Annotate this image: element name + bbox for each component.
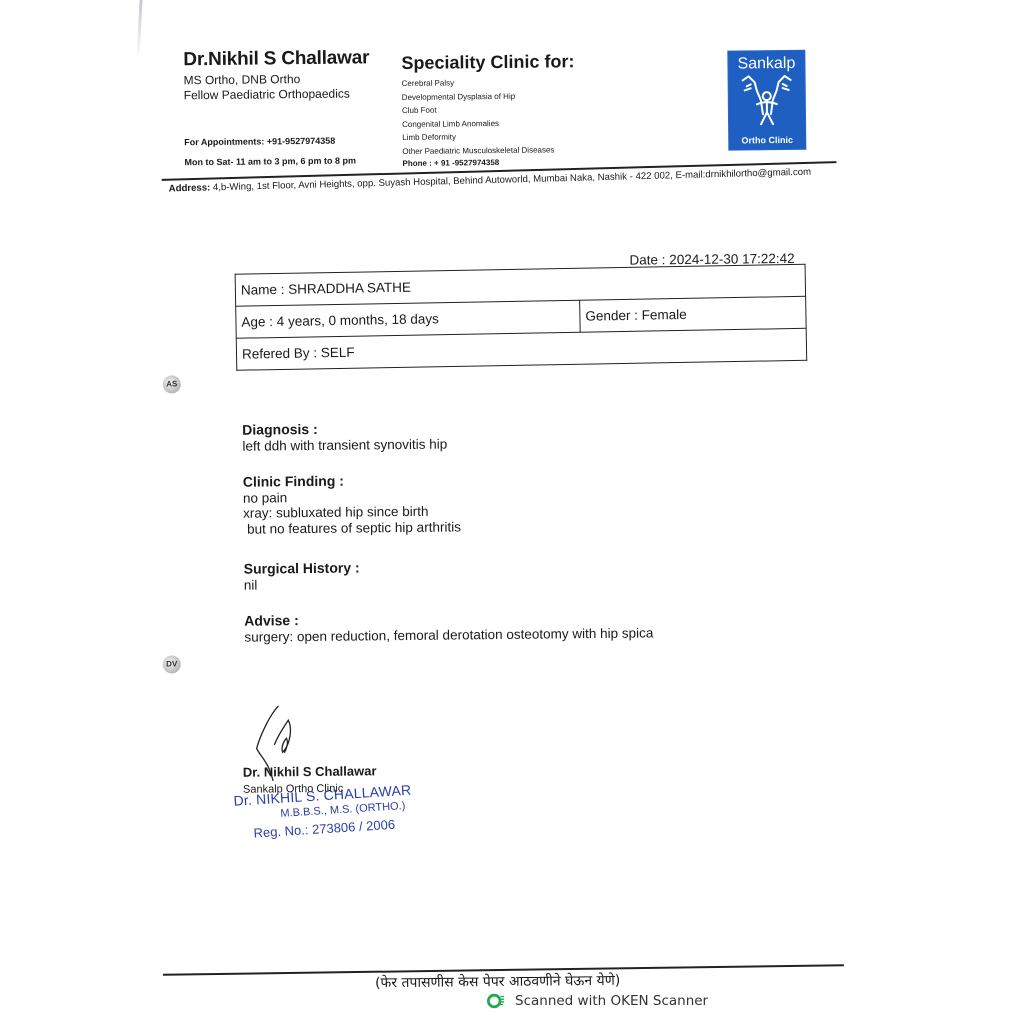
doctor-name: Dr.Nikhil S Challawar bbox=[183, 47, 369, 71]
qualification-line: MS Ortho, DNB Ortho bbox=[184, 72, 350, 89]
section-line: nil bbox=[244, 576, 360, 593]
doctor-qualifications: MS Ortho, DNB Ortho Fellow Paediatric Or… bbox=[184, 72, 350, 104]
clinic-hours: Mon to Sat- 11 am to 3 pm, 6 pm to 8 pm bbox=[184, 155, 356, 167]
speciality-item: Other Paediatric Musculoskeletal Disease… bbox=[402, 143, 554, 158]
patient-gender: Gender : Female bbox=[580, 296, 807, 332]
speciality-title: Speciality Clinic for: bbox=[401, 51, 574, 74]
scan-hole-mark: DV bbox=[163, 655, 181, 673]
signature-doctor-name: Dr. Nikhil S Challawar bbox=[243, 763, 377, 779]
section-line: but no features of septic hip arthritis bbox=[243, 519, 461, 537]
logo-title: Sankalp bbox=[728, 55, 804, 74]
appointment-phone: For Appointments: +91-9527974358 bbox=[184, 136, 335, 148]
scanner-watermark: Scanned with OKEN Scanner bbox=[487, 992, 708, 1010]
footer-note: (फेर तपासणीस केस पेपर आठवणीने घेऊन येणे) bbox=[375, 971, 620, 993]
clinic-phone: Phone : + 91 -9527974358 bbox=[402, 158, 499, 168]
qualification-line: Fellow Paediatric Orthopaedics bbox=[184, 87, 350, 104]
doctor-stamp: Dr. NIKHIL S. CHALLAWAR M.B.B.S., M.S. (… bbox=[233, 782, 414, 842]
section-heading: Surgical History : bbox=[244, 560, 360, 577]
logo-subtitle: Ortho Clinic bbox=[729, 135, 805, 146]
surgical-history-section: Surgical History : nil bbox=[244, 560, 360, 592]
raised-hands-figure-icon bbox=[737, 74, 798, 127]
address-label: Address: bbox=[169, 182, 211, 194]
clinic-logo: Sankalp Ortho Clinic bbox=[728, 51, 805, 150]
section-line: xray: subluxated hip since birth bbox=[243, 503, 461, 521]
section-line: surgery: open reduction, femoral derotat… bbox=[244, 625, 653, 645]
scan-hole-mark: AS bbox=[163, 375, 181, 393]
diagnosis-section: Diagnosis : left ddh with transient syno… bbox=[242, 421, 447, 454]
speciality-list: Cerebral Palsy Developmental Dysplasia o… bbox=[402, 75, 555, 158]
watermark-text: Scanned with OKEN Scanner bbox=[515, 993, 708, 1009]
scanner-logo-icon bbox=[487, 992, 505, 1010]
section-line: left ddh with transient synovitis hip bbox=[242, 436, 447, 454]
clinic-finding-section: Clinic Finding : no pain xray: subluxate… bbox=[243, 472, 461, 536]
patient-info-table: Name : SHRADDHA SATHE Age : 4 years, 0 m… bbox=[235, 264, 808, 371]
advise-section: Advise : surgery: open reduction, femora… bbox=[244, 609, 653, 644]
prescription-document: Dr.Nikhil S Challawar MS Ortho, DNB Orth… bbox=[0, 0, 1024, 1024]
stamp-registration: Reg. No.: 273806 / 2006 bbox=[253, 816, 414, 841]
